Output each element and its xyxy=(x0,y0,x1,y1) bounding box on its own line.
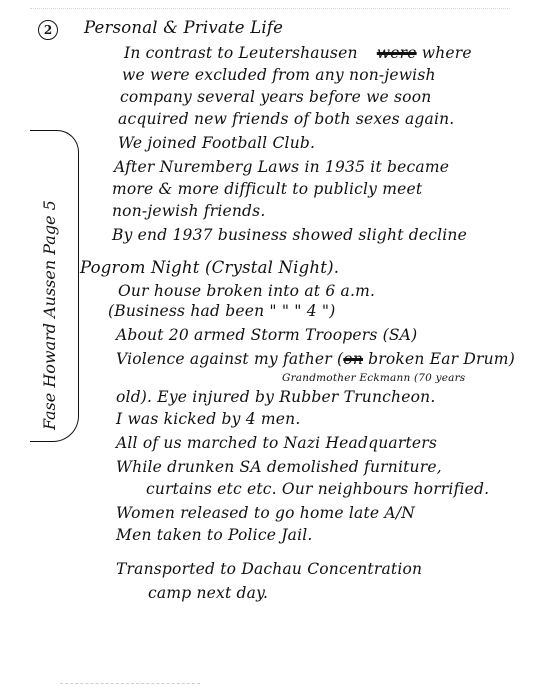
scan-artifact-top xyxy=(30,8,510,10)
text-line: We joined Football Club. xyxy=(118,134,315,152)
text-line: Transported to Dachau Concentration xyxy=(116,560,422,578)
inserted-text: Grandmother Eckmann (70 years xyxy=(282,372,465,384)
text-line: more & more difficult to publicly meet xyxy=(112,180,422,198)
struck-word: on xyxy=(343,350,363,368)
text-line: By end 1937 business showed slight decli… xyxy=(112,226,467,244)
text-fragment: broken Ear Drum) xyxy=(368,350,515,368)
text-line: About 20 armed Storm Troopers (SA) xyxy=(116,326,417,344)
text-line: Women released to go home late A/N xyxy=(116,504,415,522)
text-line: old). Eye injured by Rubber Truncheon. xyxy=(116,388,435,406)
text-line: company several years before we soon xyxy=(120,88,431,106)
handwritten-page: 2 Personal & Private Life In contrast to… xyxy=(0,0,540,700)
text-line: Violence against my father (on broken Ea… xyxy=(116,350,515,368)
text-line: All of us marched to Nazi Headquarters xyxy=(116,434,437,452)
struck-word: were xyxy=(377,44,417,62)
text-fragment: In contrast to Leutershausen xyxy=(124,44,358,62)
text-line: camp next day. xyxy=(148,584,268,602)
text-line: While drunken SA demolished furniture, xyxy=(116,458,442,476)
text-line: In contrast to Leutershausen were where xyxy=(124,44,472,62)
text-line: curtains etc etc. Our neighbours horrifi… xyxy=(146,480,489,498)
text-fragment: where xyxy=(422,44,472,62)
text-line: After Nuremberg Laws in 1935 it became xyxy=(114,158,449,176)
text-line: I was kicked by 4 men. xyxy=(116,410,300,428)
text-fragment: Violence against my father ( xyxy=(116,350,343,368)
text-line: non-jewish friends. xyxy=(112,202,265,220)
pogrom-heading: Pogrom Night (Crystal Night). xyxy=(80,258,339,277)
scan-artifact-bottom xyxy=(60,683,200,686)
text-line: acquired new friends of both sexes again… xyxy=(118,110,454,128)
section-number-circle: 2 xyxy=(38,20,58,40)
margin-note: Fase Howard Aussen Page 5 xyxy=(40,110,59,430)
text-line: Men taken to Police Jail. xyxy=(116,526,313,544)
text-line: (Business had been " " " 4 ") xyxy=(108,302,336,320)
text-line: Our house broken into at 6 a.m. xyxy=(118,282,375,300)
text-line: we were excluded from any non-jewish xyxy=(122,66,436,84)
section-heading: Personal & Private Life xyxy=(84,18,283,37)
